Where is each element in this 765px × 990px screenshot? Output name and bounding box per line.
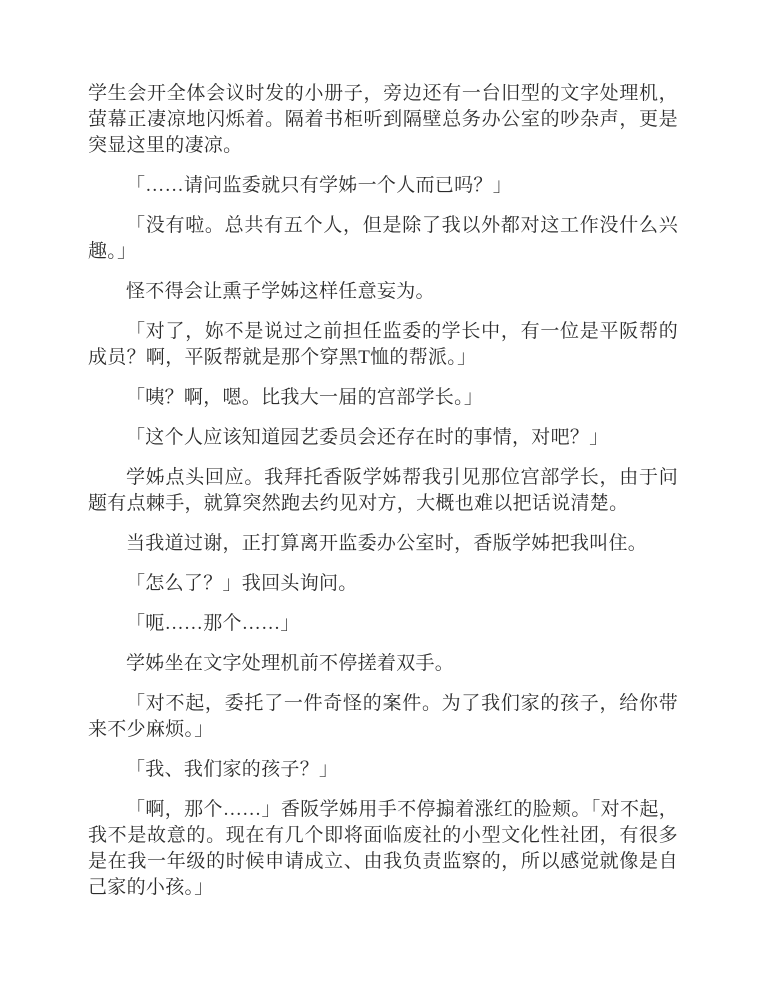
paragraph: 学姊点头回应。我拜托香阪学姊帮我引见那位宫部学长，由于问题有点棘手，就算突然跑去… [88, 465, 678, 517]
paragraph: 怪不得会让熏子学姊这样任意妄为。 [88, 279, 678, 305]
paragraph: 「我、我们家的孩子？」 [88, 757, 678, 783]
paragraph: 「咦？啊，嗯。比我大一届的宫部学长。」 [88, 385, 678, 411]
text-block: 学生会开全体会议时发的小册子，旁边还有一台旧型的文字处理机，萤幕正凄凉地闪烁着。… [88, 81, 678, 901]
paragraph: 「啊，那个……」香阪学姊用手不停搧着涨红的脸颊。「对不起，我不是故意的。现在有几… [88, 797, 678, 901]
paragraph: 「……请问监委就只有学姊一个人而已吗？」 [88, 173, 678, 199]
paragraph: 「怎么了？」我回头询问。 [88, 571, 678, 597]
paragraph: 「对不起，委托了一件奇怪的案件。为了我们家的孩子，给你带来不少麻烦。」 [88, 691, 678, 743]
paragraph: 学生会开全体会议时发的小册子，旁边还有一台旧型的文字处理机，萤幕正凄凉地闪烁着。… [88, 81, 678, 159]
paragraph: 「呃……那个……」 [88, 611, 678, 637]
paragraph: 学姊坐在文字处理机前不停搓着双手。 [88, 651, 678, 677]
paragraph: 当我道过谢，正打算离开监委办公室时，香版学姊把我叫住。 [88, 531, 678, 557]
paragraph: 「这个人应该知道园艺委员会还存在时的事情，对吧？」 [88, 425, 678, 451]
paragraph: 「对了，妳不是说过之前担任监委的学长中，有一位是平阪帮的成员？啊，平阪帮就是那个… [88, 319, 678, 371]
document-page: 学生会开全体会议时发的小册子，旁边还有一台旧型的文字处理机，萤幕正凄凉地闪烁着。… [0, 0, 765, 990]
paragraph: 「没有啦。总共有五个人，但是除了我以外都对这工作没什么兴趣。」 [88, 213, 678, 265]
